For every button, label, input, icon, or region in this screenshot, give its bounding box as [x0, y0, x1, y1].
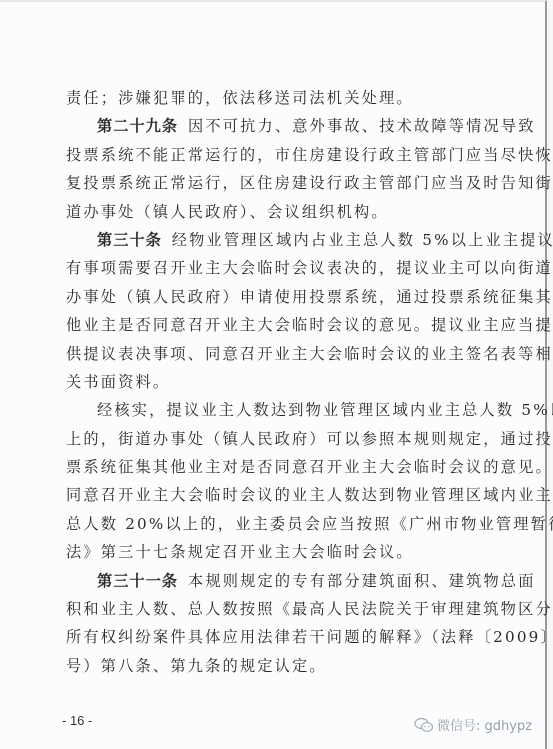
line-text: 供提议表决事项、同意召开业主大会临时会议的业主签名表等相 [66, 345, 553, 363]
line-text: 经核实，提议业主人数达到物业管理区域内业主总人数 5%以 [97, 401, 553, 419]
line-text: 关书面资料。 [66, 373, 170, 391]
text-line: 上的，街道办事处（镇人民政府）可以参照本规则规定，通过投 [66, 425, 516, 453]
text-line: 道办事处（镇人民政府）、会议组织机构。 [66, 198, 516, 226]
article-heading: 第三十一条 [97, 572, 178, 590]
text-line: 责任；涉嫌犯罪的，依法移送司法机关处理。 [66, 84, 516, 112]
text-line: 所有权纠纷案件具体应用法律若干问题的解释》（法释〔2009〕7 [66, 623, 516, 651]
article-line: 第三十一条本规则规定的专有部分建筑面积、建筑物总面 [66, 567, 516, 595]
line-text: 号）第八条、第九条的规定认定。 [66, 657, 327, 675]
line-text: 总人数 20%以上的，业主委员会应当按照《广州市物业管理暂行办 [66, 515, 553, 533]
line-text: 票系统征集其他业主对是否同意召开业主大会临时会议的意见。 [66, 458, 553, 476]
article-heading: 第三十条 [97, 231, 162, 249]
text-line: 办事处（镇人民政府）申请使用投票系统，通过投票系统征集其 [66, 283, 516, 311]
line-text: 上的，街道办事处（镇人民政府）可以参照本规则规定，通过投 [66, 430, 553, 448]
line-text: 办事处（镇人民政府）申请使用投票系统，通过投票系统征集其 [66, 288, 553, 306]
document-page: 责任；涉嫌犯罪的，依法移送司法机关处理。第二十九条因不可抗力、意外事故、技术故障… [0, 0, 547, 749]
text-line: 票系统征集其他业主对是否同意召开业主大会临时会议的意见。 [66, 453, 516, 481]
line-text: 经物业管理区域内占业主总人数 5%以上业主提议 [172, 231, 553, 249]
page-number: - 16 - [62, 713, 92, 728]
article-heading: 第二十九条 [97, 117, 178, 135]
line-text: 复投票系统正常运行，区住房建设行政主管部门应当及时告知街 [66, 174, 553, 192]
line-text: 所有权纠纷案件具体应用法律若干问题的解释》（法释〔2009〕7 [66, 628, 553, 646]
line-text: 有事项需要召开业主大会临时会议表决的，提议业主可以向街道 [66, 259, 553, 277]
line-text: 投票系统不能正常运行的，市住房建设行政主管部门应当尽快恢 [66, 146, 553, 164]
text-line: 经核实，提议业主人数达到物业管理区域内业主总人数 5%以 [66, 396, 516, 424]
watermark-text: 微信号: gdhypz [437, 715, 532, 734]
line-text: 他业主是否同意召开业主大会临时会议的意见。提议业主应当提 [66, 316, 553, 334]
line-text: 积和业主人数、总人数按照《最高人民法院关于审理建筑物区分 [66, 600, 553, 618]
text-line: 他业主是否同意召开业主大会临时会议的意见。提议业主应当提 [66, 311, 516, 339]
wechat-icon [414, 717, 434, 733]
text-line: 有事项需要召开业主大会临时会议表决的，提议业主可以向街道 [66, 254, 516, 282]
line-text: 法》第三十七条规定召开业主大会临时会议。 [66, 543, 414, 561]
line-text: 道办事处（镇人民政府）、会议组织机构。 [66, 203, 389, 221]
line-text: 因不可抗力、意外事故、技术故障等情况导致 [188, 117, 536, 135]
document-body: 责任；涉嫌犯罪的，依法移送司法机关处理。第二十九条因不可抗力、意外事故、技术故障… [66, 84, 516, 680]
article-line: 第二十九条因不可抗力、意外事故、技术故障等情况导致 [66, 112, 516, 140]
text-line: 投票系统不能正常运行的，市住房建设行政主管部门应当尽快恢 [66, 141, 516, 169]
text-line: 号）第八条、第九条的规定认定。 [66, 652, 516, 680]
text-line: 法》第三十七条规定召开业主大会临时会议。 [66, 538, 516, 566]
line-text: 本规则规定的专有部分建筑面积、建筑物总面 [188, 572, 536, 590]
text-line: 关书面资料。 [66, 368, 516, 396]
line-text: 责任；涉嫌犯罪的，依法移送司法机关处理。 [66, 89, 414, 107]
article-line: 第三十条经物业管理区域内占业主总人数 5%以上业主提议 [66, 226, 516, 254]
text-line: 积和业主人数、总人数按照《最高人民法院关于审理建筑物区分 [66, 595, 516, 623]
text-line: 复投票系统正常运行，区住房建设行政主管部门应当及时告知街 [66, 169, 516, 197]
text-line: 总人数 20%以上的，业主委员会应当按照《广州市物业管理暂行办 [66, 510, 516, 538]
line-text: 同意召开业主大会临时会议的业主人数达到物业管理区域内业主 [66, 486, 553, 504]
text-line: 供提议表决事项、同意召开业主大会临时会议的业主签名表等相 [66, 340, 516, 368]
wechat-watermark: 微信号: gdhypz [414, 715, 532, 734]
text-line: 同意召开业主大会临时会议的业主人数达到物业管理区域内业主 [66, 481, 516, 509]
